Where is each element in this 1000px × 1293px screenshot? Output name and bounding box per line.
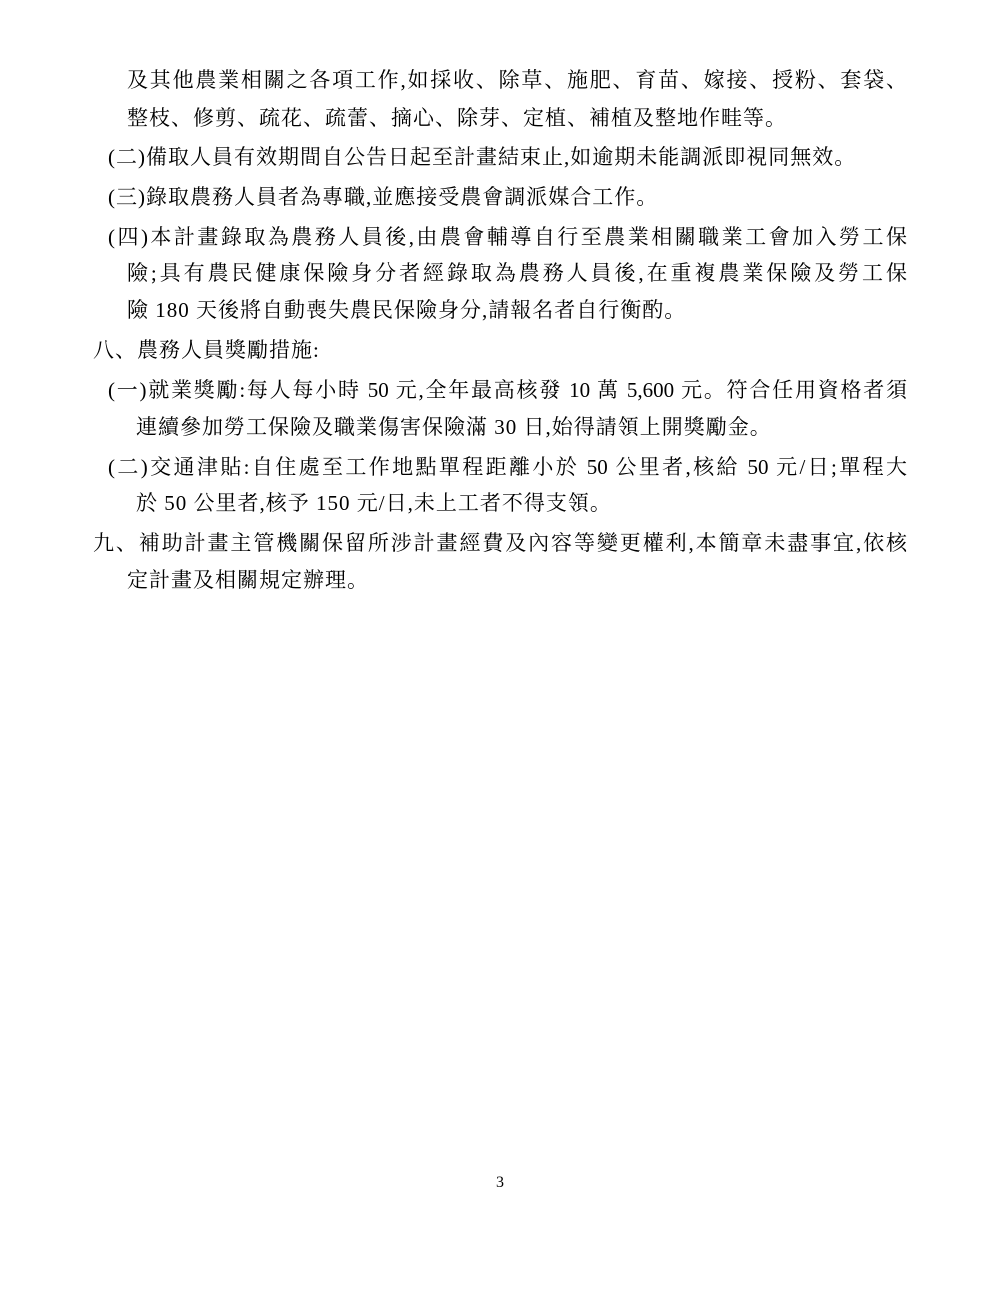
text-line-11: (二)交通津貼:自住處至工作地點單程距離小於 50 公里者,核給 50 元/日;… xyxy=(108,449,907,486)
text-line-7: 險 180 天後將自動喪失農民保險身分,請報名者自行衡酌。 xyxy=(127,292,686,329)
text-line-6: 險;具有農民健康保險身分者經錄取為農務人員後,在重複農業保險及勞工保 xyxy=(127,255,907,292)
text-line-13: 九、補助計畫主管機關保留所涉計畫經費及內容等變更權利,本簡章未盡事宜,依核 xyxy=(93,525,907,562)
document-page: 及其他農業相關之各項工作,如採收、除草、施肥、育苗、嫁接、授粉、套袋、 整枝、修… xyxy=(0,0,1000,1293)
text-line-8: 八、農務人員獎勵措施: xyxy=(93,332,320,369)
page-number: 3 xyxy=(0,1172,1000,1194)
text-line-4: (三)錄取農務人員者為專職,並應接受農會調派媒合工作。 xyxy=(108,179,658,216)
text-line-9: (一)就業獎勵:每人每小時 50 元,全年最高核發 10 萬 5,600 元。符… xyxy=(108,372,907,409)
text-line-14: 定計畫及相關規定辦理。 xyxy=(127,562,369,599)
text-line-12: 於 50 公里者,核予 150 元/日,未上工者不得支領。 xyxy=(136,485,612,522)
text-line-3: (二)備取人員有效期間自公告日起至計畫結束止,如逾期未能調派即視同無效。 xyxy=(108,139,856,176)
text-line-10: 連續參加勞工保險及職業傷害保險滿 30 日,始得請領上開獎勵金。 xyxy=(136,409,772,446)
text-line-1: 及其他農業相關之各項工作,如採收、除草、施肥、育苗、嫁接、授粉、套袋、 xyxy=(127,62,907,99)
text-line-5: (四)本計畫錄取為農務人員後,由農會輔導自行至農業相關職業工會加入勞工保 xyxy=(108,219,907,256)
text-line-2: 整枝、修剪、疏花、疏蕾、摘心、除芽、定植、補植及整地作畦等。 xyxy=(127,100,787,137)
